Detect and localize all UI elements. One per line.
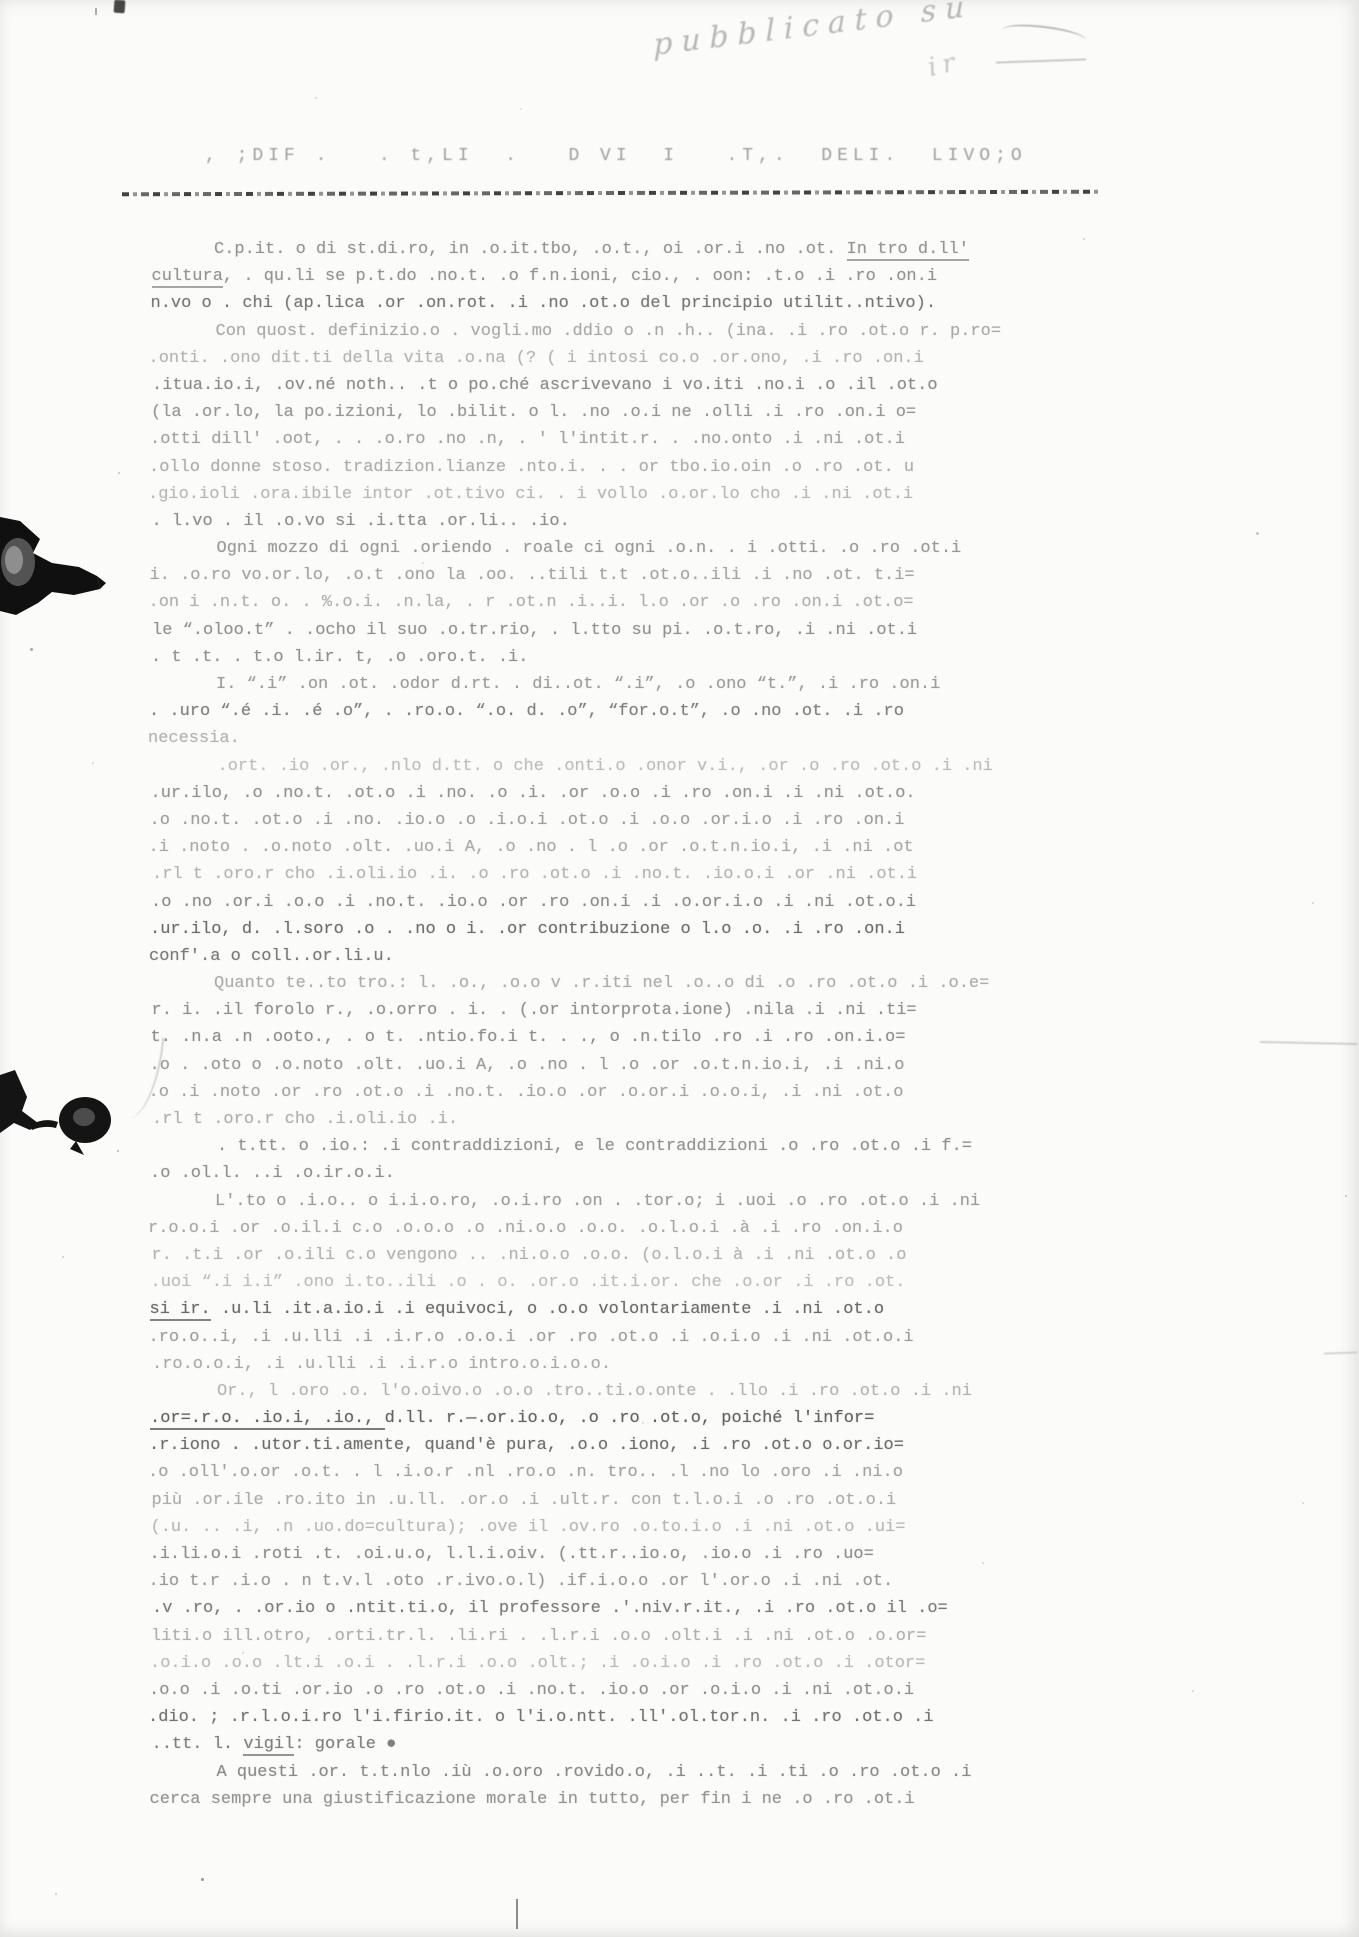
text-fragment: Or., l .oro .o. l'o.oivo.o .o.o .tro..ti… (217, 1382, 972, 1401)
ink-blot-round (0, 1065, 125, 1160)
paper-speck (1312, 902, 1314, 904)
text-line: C.p.it. o di st.di.ro, in .o.it.tbo, .o.… (148, 236, 1160, 263)
corner-tick-mark (95, 8, 97, 15)
text-line: .o .i .noto .or .ro .ot.o .i .no.t. .io.… (149, 1079, 1161, 1106)
underlined-fragment: .or=.r.o. .io.i, .io., (150, 1409, 385, 1430)
ink-blot-large (0, 505, 108, 630)
text-fragment: r. .t.i .or .o.ili c.o vengono .. .ni.o.… (152, 1246, 907, 1265)
text-fragment: .ollo donne stoso. tradizion.lianze .nto… (149, 458, 914, 477)
text-fragment: .o . .oto o .o.noto .olt. .uo.i A, .o .n… (150, 1056, 905, 1075)
text-fragment: I. “.i” .on .ot. .odor d.rt. . di..ot. “… (216, 675, 940, 694)
document-title: , ;DIF . . t,LI . D VI I .T,. DELI. LIVO… (205, 146, 905, 166)
text-fragment: .ur.ilo, .o .no.t. .ot.o .i .no. .o .i. … (151, 784, 916, 803)
text-line: ..tt. l. vigil: gorale ● (152, 1731, 1161, 1758)
paper-speck (62, 1256, 64, 1258)
text-line: necessia. (148, 725, 1160, 752)
text-line: (la .or.lo, la po.izioni, lo .bilit. o l… (151, 399, 1160, 426)
typed-body-text: C.p.it. o di st.di.ro, in .o.it.tbo, .o.… (150, 236, 1160, 1813)
corner-ink-mark (114, 0, 126, 13)
text-fragment: . t.tt. o .io.: .i contraddizioni, e le … (217, 1137, 972, 1156)
text-line: .o.i.o .o.o .lt.i .o.i . .l.r.i .o.o .ol… (150, 1650, 1160, 1677)
text-fragment: (.u. .. .i, .n .uo.do=cultura); .ove il … (151, 1518, 906, 1537)
text-fragment: .ro.o..i, .i .u.lli .i .i.r.o .o.o.i .or… (149, 1328, 914, 1347)
text-line: .o .ol.l. ..i .o.ir.o.i. (150, 1160, 1160, 1187)
text-fragment: .v .ro, . .or.io o .ntit.ti.o, il profes… (152, 1599, 948, 1618)
text-fragment: .o .no .or.i .o.o .i .no.t. .io.o .or .r… (151, 893, 916, 912)
text-fragment: .o .no.t. .ot.o .i .no. .io.o .o .i.o.i … (150, 811, 905, 830)
text-line: Quanto te..to tro.: l. .o., .o.o v .r.it… (148, 970, 1160, 997)
text-line: .ur.ilo, d. .l.soro .o . .no o i. .or co… (150, 916, 1160, 943)
text-line: i. .o.ro vo.or.lo, .o.t .ono la .oo. ..t… (150, 562, 1161, 589)
text-line: .o .no.t. .ot.o .i .no. .io.o .o .i.o.i … (150, 807, 1161, 834)
text-line: .o . .oto o .o.noto .olt. .uo.i A, .o .n… (150, 1052, 1161, 1079)
text-fragment: . l.vo . il .o.vo si .i.tta .or.li.. .io… (152, 512, 570, 531)
paper-speck (30, 648, 33, 651)
handwritten-annotation-secondary: ir (925, 47, 963, 83)
text-line: t. .n.a .n .ooto., . o t. .ntio.fo.i t. … (151, 1024, 1161, 1051)
paper-speck (118, 472, 120, 474)
text-line: Ogni mozzo di ogni .oriendo . roale ci o… (151, 535, 1161, 562)
text-fragment: necessia. (148, 729, 240, 748)
text-fragment: conf'.a o coll..or.li.u. (149, 947, 394, 966)
text-fragment: .io t.r .i.o . n t.v.l .oto .r.ivo.o.l) … (149, 1572, 894, 1591)
text-line: n.vo o . chi (ap.lica .or .on.rot. .i .n… (151, 290, 1161, 317)
text-fragment: r. i. .il forolo r., .o.orro . i. . (.or… (152, 1001, 917, 1020)
scanned-document-page: pubblicato su ir , ;DIF . . t,LI . D VI … (0, 0, 1359, 1937)
text-line: .i .noto . .o.noto .olt. .uo.i A, .o .no… (149, 834, 1161, 861)
text-fragment: .r.iono . .utor.ti.amente, quand'è pura,… (149, 1436, 904, 1455)
text-line: si ir. .u.li .it.a.io.i .i equivoci, o .… (150, 1296, 1161, 1323)
text-fragment: .o.o .i .o.ti .or.io .o .ro .ot.o .i .no… (149, 1681, 914, 1700)
paper-speck (762, 332, 764, 334)
text-line: .o .oll'.o.or .o.t. . l .i.o.r .nl .ro.o… (148, 1459, 1160, 1486)
paper-speck (1083, 238, 1085, 240)
pencil-margin-line (1324, 1351, 1357, 1354)
text-line: conf'.a o coll..or.li.u. (149, 943, 1160, 970)
paper-speck (982, 1562, 984, 1564)
text-line: .itua.io.i, .ov.né noth.. .t o po.ché as… (152, 372, 1160, 399)
text-fragment: (la .or.lo, la po.izioni, lo .bilit. o l… (151, 403, 916, 422)
text-fragment: r.o.o.i .or .o.il.i c.o .o.o.o .o .ni.o.… (148, 1219, 903, 1238)
pencil-margin-line (1260, 1041, 1357, 1045)
text-fragment: .i.li.o.i .roti .t. .oi.u.o, l.l.i.oiv. … (150, 1545, 874, 1564)
text-line: (.u. .. .i, .n .uo.do=cultura); .ove il … (151, 1514, 1161, 1541)
text-line: . .uro “.é .i. .é .o”, . .ro.o. “.o. d. … (149, 698, 1160, 725)
text-line: .otti dill' .oot, . . .o.ro .no .n, . ' … (150, 426, 1160, 453)
paper-speck (1256, 532, 1259, 535)
text-fragment: Con quost. definizio.o . vogli.mo .ddio … (216, 322, 1002, 341)
text-fragment: cerca sempre una giustificazione morale … (150, 1790, 915, 1809)
text-fragment: liti.o ill.otro, .orti.tr.l. .li.ri . .l… (151, 1627, 926, 1646)
text-line: .ur.ilo, .o .no.t. .ot.o .i .no. .o .i. … (151, 780, 1161, 807)
text-line: A questi .or. t.t.nlo .iù .o.oro .rovido… (151, 1759, 1161, 1786)
text-fragment: , . qu.li se p.t.do .no.t. .o f.n.ioni, … (223, 267, 937, 286)
text-fragment: .rl t .oro.r cho .i.oli.io .i. (152, 1110, 458, 1129)
text-line: L'.to o .i.o.. o i.i.o.ro, .o.i.ro .on .… (149, 1188, 1160, 1215)
underlined-fragment: vigil (243, 1735, 294, 1756)
text-line: cerca sempre una giustificazione morale … (150, 1786, 1161, 1813)
text-fragment: . .uro “.é .i. .é .o”, . .ro.o. “.o. d. … (149, 702, 904, 721)
text-line: Con quost. definizio.o . vogli.mo .ddio … (150, 318, 1161, 345)
text-fragment: .o .i .noto .or .ro .ot.o .i .no.t. .io.… (149, 1083, 904, 1102)
title-underline (122, 190, 1102, 197)
underlined-fragment: cultura (152, 267, 223, 288)
text-fragment: .o .oll'.o.or .o.t. . l .i.o.r .nl .ro.o… (148, 1463, 903, 1482)
text-line: .ro.o..i, .i .u.lli .i .i.r.o .o.o.i .or… (149, 1324, 1161, 1351)
text-fragment: t. .n.a .n .ooto., . o t. .ntio.fo.i t. … (151, 1028, 906, 1047)
paper-speck (1302, 1502, 1304, 1504)
text-line: . t.tt. o .io.: .i contraddizioni, e le … (151, 1133, 1160, 1160)
text-fragment: .onti. .ono dit.ti della vita .o.na (? (… (149, 349, 924, 368)
text-fragment: .otti dill' .oot, . . .o.ro .no .n, . ' … (150, 430, 905, 449)
paper-speck (55, 1893, 57, 1895)
paper-speck (117, 1150, 119, 1152)
text-fragment: . t .t. . t.o l.ir. t, .o .oro.t. .i. (151, 648, 528, 667)
text-line: r. i. .il forolo r., .o.orro . i. . (.or… (152, 997, 1161, 1024)
text-line: .on i .n.t. o. . %.o.i. .n.la, . r .ot.n… (149, 589, 1161, 616)
text-fragment: più .or.ile .ro.ito in .u.ll. .or.o .i .… (152, 1491, 897, 1510)
text-line: r. .t.i .or .o.ili c.o vengono .. .ni.o.… (152, 1242, 1161, 1269)
text-fragment: A questi .or. t.t.nlo .iù .o.oro .rovido… (217, 1763, 972, 1782)
text-fragment: le “.oloo.t” . .ocho il suo .o.tr.rio, .… (152, 621, 917, 640)
paper-speck (1192, 1690, 1194, 1692)
text-line: . l.vo . il .o.vo si .i.tta .or.li.. .io… (152, 508, 1161, 535)
text-fragment: .gio.ioli .ora.ibile intor .ot.tivo ci. … (148, 485, 913, 504)
text-fragment: .o.i.o .o.o .lt.i .o.i . .l.r.i .o.o .ol… (150, 1654, 925, 1673)
text-fragment: .ro.o.o.i, .i .u.lli .i .i.r.o intro.o.i… (152, 1355, 611, 1374)
text-fragment: ..tt. l. (152, 1735, 244, 1754)
text-line: .or=.r.o. .io.i, .io., d.ll. r.—.or.io.o… (150, 1405, 1160, 1432)
text-fragment: .o .ol.l. ..i .o.ir.o.i. (150, 1164, 395, 1183)
bottom-ink-dash (516, 1899, 518, 1929)
text-line: più .or.ile .ro.ito in .u.ll. .or.o .i .… (152, 1487, 1161, 1514)
paper-speck (642, 1422, 644, 1424)
text-line: le “.oloo.t” . .ocho il suo .o.tr.rio, .… (152, 617, 1160, 644)
text-line: .ro.o.o.i, .i .u.lli .i .i.r.o intro.o.i… (152, 1351, 1160, 1378)
paper-speck (201, 1878, 204, 1881)
text-fragment: L'.to o .i.o.. o i.i.o.ro, .o.i.ro .on .… (215, 1192, 980, 1211)
text-fragment: n.vo o . chi (ap.lica .or .on.rot. .i .n… (151, 294, 937, 313)
text-fragment: .i .noto . .o.noto .olt. .uo.i A, .o .no… (149, 838, 914, 857)
text-line: .i.li.o.i .roti .t. .oi.u.o, l.l.i.oiv. … (150, 1541, 1161, 1568)
text-line: . t .t. . t.o l.ir. t, .o .oro.t. .i. (151, 644, 1160, 671)
text-line: .rl t .oro.r cho .i.oli.io .i. (152, 1106, 1160, 1133)
paper-speck (92, 762, 94, 764)
text-fragment: Ogni mozzo di ogni .oriendo . roale ci o… (217, 539, 962, 558)
text-fragment: : gorale ● (294, 1735, 396, 1754)
text-line: .o.o .i .o.ti .or.io .o .ro .ot.o .i .no… (149, 1677, 1160, 1704)
text-fragment: .rl t .oro.r cho .i.oli.io .i. .o .ro .o… (152, 865, 917, 884)
text-fragment: d.ll. r.—.or.io.o, .o .ro .ot.o, poiché … (385, 1409, 875, 1428)
text-fragment: .ur.ilo, d. .l.soro .o . .no o i. .or co… (150, 920, 905, 939)
paper-speck (422, 562, 424, 564)
text-fragment: C.p.it. o di st.di.ro, in .o.it.tbo, .o.… (214, 240, 847, 259)
paper-speck (520, 108, 522, 110)
text-fragment: .u.li .it.a.io.i .i equivoci, o .o.o vol… (211, 1300, 884, 1319)
text-line: .v .ro, . .or.io o .ntit.ti.o, il profes… (152, 1595, 1160, 1622)
paper-speck (1345, 1195, 1347, 1197)
text-line: .o .no .or.i .o.o .i .no.t. .io.o .or .r… (151, 889, 1160, 916)
text-line: .gio.ioli .ora.ibile intor .ot.tivo ci. … (148, 481, 1160, 508)
text-line: .ort. .io .or., .nlo d.tt. o che .onti.o… (152, 753, 1161, 780)
pencil-stroke (996, 58, 1086, 63)
text-line: .dio. ; .r.l.o.i.ro l'i.firio.it. o l'i.… (148, 1704, 1160, 1731)
text-line: liti.o ill.otro, .orti.tr.l. .li.ri . .l… (151, 1623, 1160, 1650)
text-fragment: .ort. .io .or., .nlo d.tt. o che .onti.o… (218, 757, 993, 776)
text-fragment: .itua.io.i, .ov.né noth.. .t o po.ché as… (152, 376, 938, 395)
text-line: .ollo donne stoso. tradizion.lianze .nto… (149, 454, 1160, 481)
pencil-stroke (1001, 21, 1087, 49)
underlined-fragment: si ir. (150, 1300, 211, 1321)
text-line: cultura, . qu.li se p.t.do .no.t. .o f.n… (152, 263, 1161, 290)
text-line: .io t.r .i.o . n t.v.l .oto .r.ivo.o.l) … (149, 1568, 1161, 1595)
text-line: I. “.i” .on .ot. .odor d.rt. . di..ot. “… (150, 671, 1160, 698)
paper-speck (315, 97, 317, 99)
text-line: .r.iono . .utor.ti.amente, quand'è pura,… (149, 1432, 1160, 1459)
text-line: .onti. .ono dit.ti della vita .o.na (? (… (149, 345, 1161, 372)
text-line: .rl t .oro.r cho .i.oli.io .i. .o .ro .o… (152, 861, 1160, 888)
text-fragment: i. .o.ro vo.or.lo, .o.t .ono la .oo. ..t… (150, 566, 915, 585)
text-line: .uoi “.i i.i” .ono i.to..ili .o . o. .or… (151, 1269, 1161, 1296)
text-fragment: .dio. ; .r.l.o.i.ro l'i.firio.it. o l'i.… (148, 1708, 934, 1727)
text-fragment: .on i .n.t. o. . %.o.i. .n.la, . r .ot.n… (149, 593, 914, 612)
paper-speck (242, 1652, 244, 1654)
underlined-fragment: In tro d.ll' (847, 240, 969, 261)
text-line: r.o.o.i .or .o.il.i c.o .o.o.o .o .ni.o.… (148, 1215, 1160, 1242)
text-fragment: .uoi “.i i.i” .ono i.to..ili .o . o. .or… (151, 1273, 906, 1292)
text-line: Or., l .oro .o. l'o.oivo.o .o.o .tro..ti… (151, 1378, 1160, 1405)
text-fragment: Quanto te..to tro.: l. .o., .o.o v .r.it… (214, 974, 989, 993)
